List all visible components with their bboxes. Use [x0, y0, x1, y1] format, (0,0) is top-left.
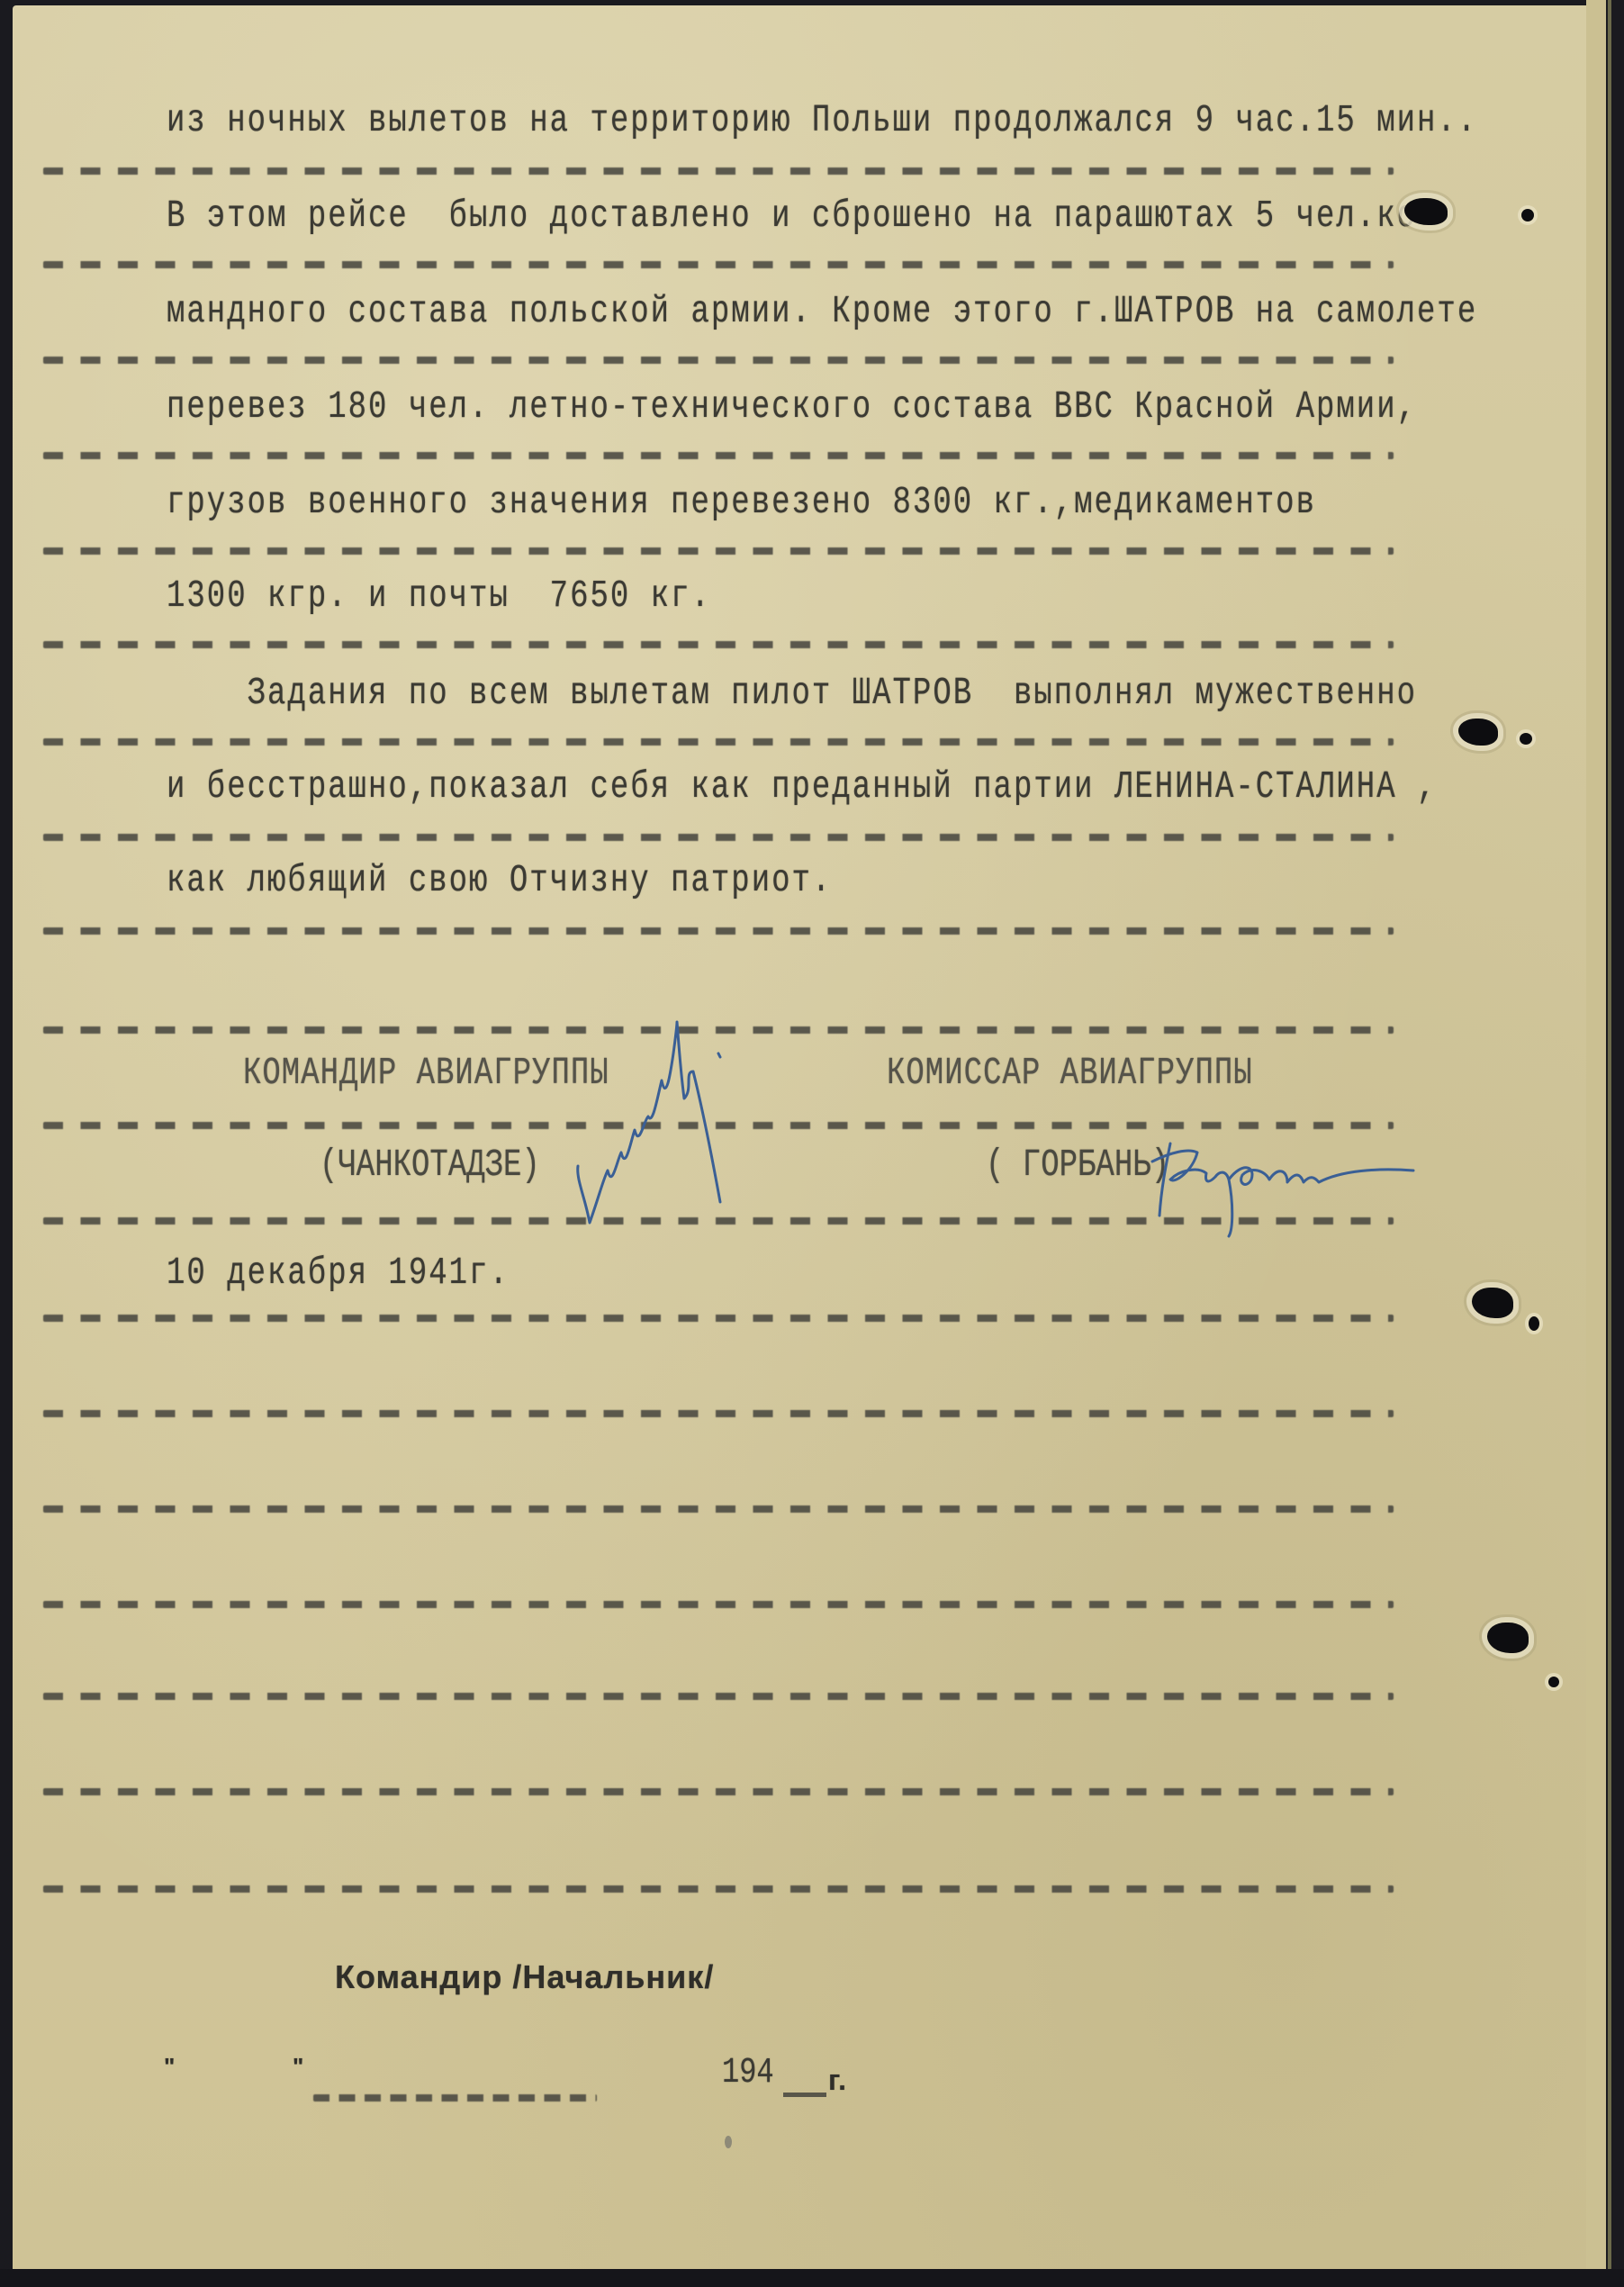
- year-blank: [783, 2093, 826, 2097]
- commissar-title: КОМИССАР АВИАГРУППЫ: [887, 1055, 1253, 1094]
- body-line-2: В этом рейсе было доставлено и сброшено …: [167, 198, 1437, 237]
- dash-line: [43, 641, 1394, 648]
- commissar-name: ( ГОРБАНЬ): [986, 1147, 1169, 1186]
- body-line-1: из ночных вылетов на территорию Польши п…: [167, 103, 1477, 141]
- body-line-9: как любящий свою Отчизну патриот.: [167, 863, 832, 901]
- dash-line: [43, 1788, 1394, 1795]
- body-line-3: мандного состава польской армии. Кроме э…: [167, 294, 1477, 332]
- page-edge-line: [1608, 0, 1611, 2287]
- dash-line: [43, 1693, 1394, 1700]
- dash-line: [43, 1315, 1394, 1322]
- dash-line: [43, 927, 1394, 935]
- year-prefix: 194: [722, 2055, 774, 2091]
- dash-line: [43, 1885, 1394, 1893]
- dash-line: [43, 167, 1394, 175]
- body-line-5: грузов военного значения перевезено 8300…: [167, 484, 1316, 523]
- commander-name: (ЧАНКОТАДЗЕ): [320, 1147, 540, 1186]
- pin-hole: [1521, 209, 1534, 221]
- body-line-4: перевез 180 чел. летно-технического сост…: [167, 389, 1417, 428]
- date-blank-line: [313, 2094, 597, 2102]
- commander-signature: [558, 1017, 756, 1234]
- year-suffix: г.: [828, 2066, 847, 2094]
- dash-line: [43, 452, 1394, 459]
- dash-line: [43, 547, 1394, 555]
- date-close-quote: ": [293, 2055, 304, 2078]
- dash-line: [43, 1410, 1394, 1417]
- page-edge: [1586, 0, 1606, 2269]
- dash-line: [43, 357, 1394, 364]
- commander-title: КОМАНДИР АВИАГРУППЫ: [243, 1055, 609, 1094]
- dash-line: [43, 834, 1394, 841]
- date-open-quote: ": [164, 2055, 176, 2078]
- body-line-6: 1300 кгр. и почты 7650 кг.: [167, 578, 711, 617]
- dash-line: [43, 261, 1394, 268]
- pin-hole: [1529, 1316, 1539, 1331]
- pin-hole: [1520, 733, 1532, 745]
- pin-hole: [1548, 1677, 1559, 1687]
- document-date: 10 декабря 1941г.: [167, 1255, 510, 1294]
- body-line-7: Задания по всем вылетам пилот ШАТРОВ вып…: [167, 675, 1417, 714]
- dash-line: [43, 738, 1394, 746]
- dash-line: [43, 1505, 1394, 1513]
- ink-mark: [725, 2136, 732, 2148]
- body-line-8: и бесстрашно,показал себя как преданный …: [167, 769, 1437, 808]
- commander-chief-label: Командир /Начальник/: [335, 1961, 714, 1993]
- scan-border-bottom: [0, 2269, 1624, 2287]
- dash-line: [43, 1601, 1394, 1608]
- commissar-signature: [1143, 1130, 1422, 1238]
